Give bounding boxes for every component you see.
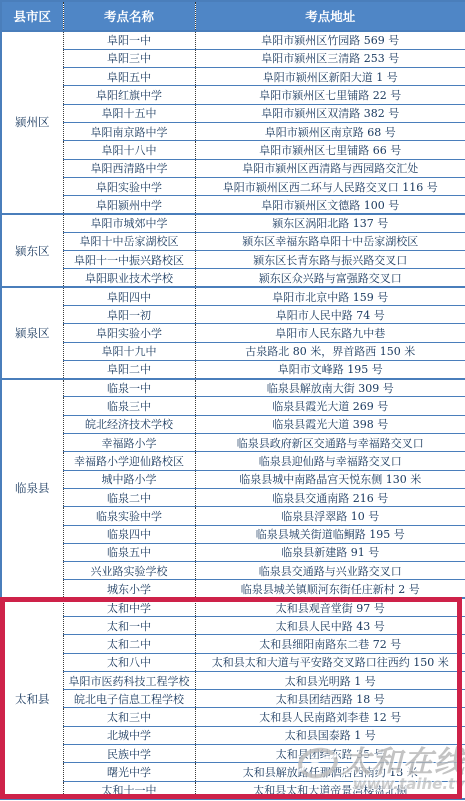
site-address-cell: 阜阳市颍州区西清路与西园路交汇处 <box>195 159 465 177</box>
site-address-cell: 阜阳市文峰路 195 号 <box>195 360 465 378</box>
site-address-cell: 临泉县城关镇顺河东街任庄新村 2 号 <box>195 580 465 598</box>
table-row: 阜阳三中阜阳市颍州区三清路 253 号 <box>1 49 465 67</box>
table-row: 阜阳十一中振兴路校区颍东区长青东路与振兴路交叉口 <box>1 251 465 269</box>
table-row: 阜阳一初阜阳市人民中路 74 号 <box>1 305 465 323</box>
table-row: 曙光中学太和县解放路仟那酒店西南约 13 米 <box>1 763 465 781</box>
site-name-cell: 阜阳职业技术学校 <box>63 269 195 287</box>
site-address-cell: 阜阳市颍州区七里铺路 22 号 <box>195 86 465 104</box>
header-district: 县市区 <box>1 1 63 31</box>
site-address-cell: 临泉县交通路与兴业路交叉口 <box>195 562 465 580</box>
table-row: 太和八中太和县太和大道与平安路交叉路口往西约 150 米 <box>1 653 465 671</box>
table-row: 阜阳西清路中学阜阳市颍州区西清路与西园路交汇处 <box>1 159 465 177</box>
site-name-cell: 临泉二中 <box>63 488 195 506</box>
site-address-cell: 临泉县霞光大道 269 号 <box>195 397 465 415</box>
table-row: 阜阳职业技术学校颍东区众兴路与富强路交叉口 <box>1 269 465 287</box>
site-name-cell: 阜阳十九中 <box>63 342 195 360</box>
exam-sites-table-page: 县市区 考点名称 考点地址 颍州区阜阳一中阜阳市颍州区竹园路 569 号阜阳三中… <box>0 0 465 801</box>
table-row: 阜阳实验小学阜阳市人民东路九中巷 <box>1 324 465 342</box>
site-name-cell: 阜阳十中岳家湖校区 <box>63 232 195 250</box>
site-name-cell: 阜阳颍州中学 <box>63 196 195 214</box>
site-address-cell: 临泉县城中南路晶宫天悦东侧 130 米 <box>195 470 465 488</box>
district-cell: 颍泉区 <box>1 287 63 378</box>
site-address-cell: 阜阳市颍州区南京路 68 号 <box>195 122 465 140</box>
site-name-cell: 太和三中 <box>63 708 195 726</box>
table-row: 阜阳十八中阜阳市颍州区七里铺路 66 号 <box>1 141 465 159</box>
site-address-cell: 阜阳市颍州区三清路 253 号 <box>195 49 465 67</box>
table-row: 兴业路实验学校临泉县交通路与兴业路交叉口 <box>1 562 465 580</box>
site-name-cell: 城东小学 <box>63 580 195 598</box>
site-address-cell: 阜阳市颍州区双清路 382 号 <box>195 104 465 122</box>
table-row: 太和二中太和县细阳南路东二巷 72 号 <box>1 635 465 653</box>
table-row: 阜阳市医药科技工程学校太和县光明路 1 号 <box>1 671 465 689</box>
site-name-cell: 阜阳一中 <box>63 31 195 49</box>
site-name-cell: 阜阳四中 <box>63 287 195 305</box>
table-row: 临泉实验中学临泉县浮翠路 10 号 <box>1 507 465 525</box>
table-row: 幸福路小学临泉县政府新区交通路与幸福路交叉口 <box>1 434 465 452</box>
table-row: 颍州区阜阳一中阜阳市颍州区竹园路 569 号 <box>1 31 465 49</box>
district-cell: 太和县 <box>1 598 63 799</box>
site-address-cell: 颍东区众兴路与富强路交叉口 <box>195 269 465 287</box>
site-name-cell: 阜阳五中 <box>63 68 195 86</box>
table-header-row: 县市区 考点名称 考点地址 <box>1 1 465 31</box>
site-address-cell: 临泉县浮翠路 10 号 <box>195 507 465 525</box>
exam-sites-table: 县市区 考点名称 考点地址 颍州区阜阳一中阜阳市颍州区竹园路 569 号阜阳三中… <box>0 0 465 800</box>
site-address-cell: 太和县观音堂街 97 号 <box>195 598 465 616</box>
table-row: 太和一中太和县人民中路 43 号 <box>1 617 465 635</box>
site-name-cell: 阜阳十一中振兴路校区 <box>63 251 195 269</box>
site-name-cell: 太和二中 <box>63 635 195 653</box>
table-row: 皖北电子信息工程学校太和县团结西路 18 号 <box>1 690 465 708</box>
site-address-cell: 太和县国泰路 1 号 <box>195 726 465 744</box>
table-row: 民族中学太和县团结东路 35 号 <box>1 745 465 763</box>
table-row: 幸福路小学迎仙路校区临泉县迎仙路与幸福路交叉口 <box>1 452 465 470</box>
header-site-name: 考点名称 <box>63 1 195 31</box>
site-address-cell: 太和县光明路 1 号 <box>195 671 465 689</box>
site-name-cell: 太和中学 <box>63 598 195 616</box>
site-address-cell: 阜阳市颍州区新阳大道 1 号 <box>195 68 465 86</box>
table-row: 临泉二中临泉县交通南路 216 号 <box>1 488 465 506</box>
table-row: 颍东区阜阳市城郊中学颍东区涡阳北路 137 号 <box>1 214 465 232</box>
table-row: 临泉县临泉一中临泉县解放南大街 309 号 <box>1 379 465 397</box>
site-address-cell: 太和县太和大道与平安路交叉路口往西约 150 米 <box>195 653 465 671</box>
site-name-cell: 太和一中 <box>63 617 195 635</box>
site-name-cell: 临泉一中 <box>63 379 195 397</box>
site-address-cell: 阜阳市人民中路 74 号 <box>195 305 465 323</box>
site-address-cell: 太和县团结西路 18 号 <box>195 690 465 708</box>
site-address-cell: 太和县细阳南路东二巷 72 号 <box>195 635 465 653</box>
table-row: 阜阳南京路中学阜阳市颍州区南京路 68 号 <box>1 122 465 140</box>
site-name-cell: 曙光中学 <box>63 763 195 781</box>
site-address-cell: 临泉县迎仙路与幸福路交叉口 <box>195 452 465 470</box>
site-address-cell: 古泉路北 80 米，界首路西 150 米 <box>195 342 465 360</box>
site-address-cell: 太和县太和大道帝景湾楼盘北侧 <box>195 781 465 799</box>
site-name-cell: 临泉实验中学 <box>63 507 195 525</box>
table-row: 阜阳十九中古泉路北 80 米，界首路西 150 米 <box>1 342 465 360</box>
table-row: 阜阳红旗中学阜阳市颍州区七里铺路 22 号 <box>1 86 465 104</box>
site-name-cell: 皖北电子信息工程学校 <box>63 690 195 708</box>
site-name-cell: 皖北经济技术学校 <box>63 415 195 433</box>
site-address-cell: 颍东区幸福东路阜阳十中岳家湖校区 <box>195 232 465 250</box>
site-name-cell: 幸福路小学迎仙路校区 <box>63 452 195 470</box>
table-row: 太和县太和中学太和县观音堂街 97 号 <box>1 598 465 616</box>
table-row: 临泉三中临泉县霞光大道 269 号 <box>1 397 465 415</box>
site-name-cell: 临泉三中 <box>63 397 195 415</box>
site-address-cell: 太和县人民中路 43 号 <box>195 617 465 635</box>
site-name-cell: 临泉四中 <box>63 525 195 543</box>
site-name-cell: 阜阳西清路中学 <box>63 159 195 177</box>
table-row: 阜阳颍州中学阜阳市颍州区文德路 100 号 <box>1 196 465 214</box>
site-name-cell: 阜阳十八中 <box>63 141 195 159</box>
table-row: 城东小学临泉县城关镇顺河东街任庄新村 2 号 <box>1 580 465 598</box>
district-cell: 颍州区 <box>1 31 63 214</box>
site-address-cell: 颍东区长青东路与振兴路交叉口 <box>195 251 465 269</box>
site-name-cell: 太和十一中 <box>63 781 195 799</box>
exam-table-body: 颍州区阜阳一中阜阳市颍州区竹园路 569 号阜阳三中阜阳市颍州区三清路 253 … <box>1 31 465 799</box>
site-address-cell: 阜阳市颍州区竹园路 569 号 <box>195 31 465 49</box>
site-name-cell: 阜阳十五中 <box>63 104 195 122</box>
site-name-cell: 临泉五中 <box>63 543 195 561</box>
site-name-cell: 阜阳一初 <box>63 305 195 323</box>
site-address-cell: 临泉县政府新区交通路与幸福路交叉口 <box>195 434 465 452</box>
site-address-cell: 太和县团结东路 35 号 <box>195 745 465 763</box>
table-row: 阜阳十五中阜阳市颍州区双清路 382 号 <box>1 104 465 122</box>
table-row: 阜阳五中阜阳市颍州区新阳大道 1 号 <box>1 68 465 86</box>
site-name-cell: 阜阳市城郊中学 <box>63 214 195 232</box>
table-row: 阜阳十中岳家湖校区颍东区幸福东路阜阳十中岳家湖校区 <box>1 232 465 250</box>
site-name-cell: 阜阳二中 <box>63 360 195 378</box>
site-name-cell: 阜阳实验小学 <box>63 324 195 342</box>
site-name-cell: 城中路小学 <box>63 470 195 488</box>
table-row: 太和三中太和县人民南路刘李巷 12 号 <box>1 708 465 726</box>
site-name-cell: 阜阳实验中学 <box>63 177 195 195</box>
site-address-cell: 太和县解放路仟那酒店西南约 13 米 <box>195 763 465 781</box>
table-row: 临泉五中临泉县新建路 91 号 <box>1 543 465 561</box>
district-cell: 颍东区 <box>1 214 63 287</box>
site-address-cell: 临泉县霞光大道 398 号 <box>195 415 465 433</box>
site-address-cell: 临泉县解放南大街 309 号 <box>195 379 465 397</box>
site-name-cell: 太和八中 <box>63 653 195 671</box>
site-address-cell: 颍东区涡阳北路 137 号 <box>195 214 465 232</box>
site-address-cell: 临泉县新建路 91 号 <box>195 543 465 561</box>
site-address-cell: 临泉县城关街道临鲖路 195 号 <box>195 525 465 543</box>
site-name-cell: 阜阳南京路中学 <box>63 122 195 140</box>
site-address-cell: 阜阳市北京中路 159 号 <box>195 287 465 305</box>
site-address-cell: 临泉县交通南路 216 号 <box>195 488 465 506</box>
table-row: 皖北经济技术学校临泉县霞光大道 398 号 <box>1 415 465 433</box>
site-name-cell: 阜阳市医药科技工程学校 <box>63 671 195 689</box>
site-address-cell: 阜阳市颍州区西二环与人民路交叉口 116 号 <box>195 177 465 195</box>
site-name-cell: 阜阳红旗中学 <box>63 86 195 104</box>
site-name-cell: 民族中学 <box>63 745 195 763</box>
site-address-cell: 阜阳市颍州区文德路 100 号 <box>195 196 465 214</box>
district-cell: 临泉县 <box>1 379 63 599</box>
table-row: 阜阳二中阜阳市文峰路 195 号 <box>1 360 465 378</box>
site-address-cell: 阜阳市人民东路九中巷 <box>195 324 465 342</box>
site-name-cell: 幸福路小学 <box>63 434 195 452</box>
table-row: 北城中学太和县国泰路 1 号 <box>1 726 465 744</box>
site-address-cell: 太和县人民南路刘李巷 12 号 <box>195 708 465 726</box>
site-name-cell: 北城中学 <box>63 726 195 744</box>
site-name-cell: 阜阳三中 <box>63 49 195 67</box>
table-row: 城中路小学临泉县城中南路晶宫天悦东侧 130 米 <box>1 470 465 488</box>
table-row: 太和十一中太和县太和大道帝景湾楼盘北侧 <box>1 781 465 799</box>
table-row: 阜阳实验中学阜阳市颍州区西二环与人民路交叉口 116 号 <box>1 177 465 195</box>
header-site-address: 考点地址 <box>195 1 465 31</box>
table-row: 临泉四中临泉县城关街道临鲖路 195 号 <box>1 525 465 543</box>
table-row: 颍泉区阜阳四中阜阳市北京中路 159 号 <box>1 287 465 305</box>
site-address-cell: 阜阳市颍州区七里铺路 66 号 <box>195 141 465 159</box>
site-name-cell: 兴业路实验学校 <box>63 562 195 580</box>
